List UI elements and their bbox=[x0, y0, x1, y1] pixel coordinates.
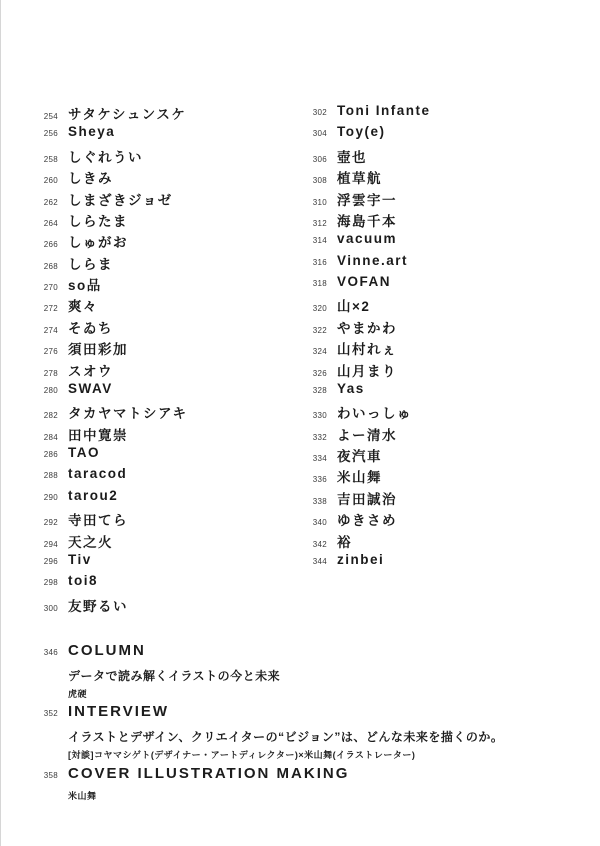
entry-artist-name: 植草航 bbox=[337, 167, 382, 187]
entry-artist-name: タカヤマトシアキ bbox=[68, 402, 187, 422]
entry-artist-name: ゆきさめ bbox=[337, 509, 397, 529]
entry-page-number: 280 bbox=[40, 386, 58, 395]
toc-entry: 326 山月まり bbox=[309, 360, 431, 381]
section-credit: 米山舞 bbox=[68, 790, 349, 803]
toc-right-column: 302 Toni Infante 304 Toy(e) 306 壺也 308 植… bbox=[309, 103, 431, 573]
toc-entry: 316 Vinne.art bbox=[309, 253, 431, 274]
toc-entry: 292 寺田てら bbox=[40, 509, 187, 530]
entry-artist-name: しきみ bbox=[68, 167, 113, 187]
entry-artist-name: よー清水 bbox=[337, 424, 397, 444]
toc-entry: 330 わいっしゅ bbox=[309, 402, 431, 423]
entry-page-number: 292 bbox=[40, 518, 58, 527]
toc-left-column: 254 サタケシュンスケ 256 Sheya 258 しぐれうい 260 しきみ… bbox=[40, 103, 187, 616]
toc-entry: 304 Toy(e) bbox=[309, 124, 431, 145]
entry-artist-name: 裕 bbox=[337, 531, 352, 551]
entry-artist-name: 浮雲宇一 bbox=[337, 189, 397, 209]
entry-page-number: 290 bbox=[40, 493, 58, 502]
entry-artist-name: taracod bbox=[68, 466, 127, 481]
toc-entry: 322 やまかわ bbox=[309, 317, 431, 338]
entry-artist-name: わいっしゅ bbox=[337, 402, 412, 422]
toc-entry: 278 スオウ bbox=[40, 360, 187, 381]
entry-artist-name: tarou2 bbox=[68, 488, 118, 503]
entry-artist-name: toi8 bbox=[68, 573, 98, 588]
entry-artist-name: 壺也 bbox=[337, 146, 367, 166]
section-credit: 虎硬 bbox=[68, 688, 280, 701]
toc-entry: 296 Tiv bbox=[40, 552, 187, 573]
entry-page-number: 334 bbox=[309, 454, 327, 463]
entry-page-number: 268 bbox=[40, 262, 58, 271]
toc-entry: 282 タカヤマトシアキ bbox=[40, 402, 187, 423]
entry-page-number: 254 bbox=[40, 112, 58, 121]
entry-page-number: 326 bbox=[309, 369, 327, 378]
toc-entry: 340 ゆきさめ bbox=[309, 509, 431, 530]
toc-entry: 256 Sheya bbox=[40, 124, 187, 145]
toc-entry: 272 爽々 bbox=[40, 295, 187, 316]
entry-page-number: 296 bbox=[40, 557, 58, 566]
toc-entry: 332 よー清水 bbox=[309, 424, 431, 445]
entry-page-number: 300 bbox=[40, 604, 58, 613]
entry-page-number: 258 bbox=[40, 155, 58, 164]
entry-artist-name: 吉田誠治 bbox=[337, 488, 397, 508]
entry-page-number: 288 bbox=[40, 471, 58, 480]
entry-page-number: 324 bbox=[309, 347, 327, 356]
entry-page-number: 342 bbox=[309, 540, 327, 549]
toc-entry: 306 壺也 bbox=[309, 146, 431, 167]
toc-entry: 280 SWAV bbox=[40, 381, 187, 402]
entry-page-number: 320 bbox=[309, 304, 327, 313]
entry-page-number: 330 bbox=[309, 411, 327, 420]
entry-artist-name: 米山舞 bbox=[337, 466, 382, 486]
toc-entry: 320 山×2 bbox=[309, 295, 431, 316]
entry-page-number: 344 bbox=[309, 557, 327, 566]
toc-entry: 344 zinbei bbox=[309, 552, 431, 573]
entry-page-number: 322 bbox=[309, 326, 327, 335]
entry-artist-name: スオウ bbox=[68, 360, 113, 380]
toc-entry: 264 しらたま bbox=[40, 210, 187, 231]
entry-page-number: 270 bbox=[40, 283, 58, 292]
entry-page-number: 328 bbox=[309, 386, 327, 395]
toc-entry: 298 toi8 bbox=[40, 573, 187, 594]
toc-entry: 284 田中寛崇 bbox=[40, 424, 187, 445]
entry-artist-name: SWAV bbox=[68, 381, 113, 396]
section-heading: INTERVIEW bbox=[68, 702, 169, 722]
toc-entry: 290 tarou2 bbox=[40, 488, 187, 509]
toc-entry: 262 しまざきジョゼ bbox=[40, 189, 187, 210]
toc-entry: 342 裕 bbox=[309, 531, 431, 552]
toc-entry: 286 TAO bbox=[40, 445, 187, 466]
entry-artist-name: しらたま bbox=[68, 210, 128, 230]
section-heading: COVER ILLUSTRATION MAKING bbox=[68, 764, 349, 784]
entry-page-number: 274 bbox=[40, 326, 58, 335]
section-page-number: 352 bbox=[40, 704, 58, 724]
entry-page-number: 302 bbox=[309, 108, 327, 117]
page-spine-edge bbox=[0, 0, 1, 846]
entry-page-number: 278 bbox=[40, 369, 58, 378]
section-heading: COLUMN bbox=[68, 641, 146, 661]
entry-page-number: 304 bbox=[309, 129, 327, 138]
entry-page-number: 312 bbox=[309, 219, 327, 228]
entry-artist-name: so品 bbox=[68, 274, 102, 294]
entry-page-number: 338 bbox=[309, 497, 327, 506]
toc-entry: 308 植草航 bbox=[309, 167, 431, 188]
entry-artist-name: Toni Infante bbox=[337, 103, 431, 118]
toc-entry: 336 米山舞 bbox=[309, 466, 431, 487]
toc-entry: 266 しゅがお bbox=[40, 231, 187, 252]
section-head: 358 COVER ILLUSTRATION MAKING bbox=[40, 764, 349, 786]
toc-entry: 338 吉田誠治 bbox=[309, 488, 431, 509]
entry-artist-name: TAO bbox=[68, 445, 100, 460]
entry-page-number: 294 bbox=[40, 540, 58, 549]
entry-artist-name: しゅがお bbox=[68, 231, 128, 251]
section-page-number: 358 bbox=[40, 766, 58, 786]
entry-artist-name: 天之火 bbox=[68, 531, 113, 551]
section-page-number: 346 bbox=[40, 643, 58, 663]
toc-section: 352 INTERVIEW イラストとデザイン、クリエイターの“ビジョン”は、ど… bbox=[40, 702, 503, 762]
toc-entry: 310 浮雲宇一 bbox=[309, 189, 431, 210]
entry-artist-name: Yas bbox=[337, 381, 365, 396]
entry-page-number: 308 bbox=[309, 176, 327, 185]
toc-entry: 324 山村れぇ bbox=[309, 338, 431, 359]
entry-artist-name: zinbei bbox=[337, 552, 384, 567]
toc-entry: 276 須田彩加 bbox=[40, 338, 187, 359]
entry-artist-name: vacuum bbox=[337, 231, 397, 246]
entry-artist-name: 友野るい bbox=[68, 595, 128, 615]
toc-entry: 260 しきみ bbox=[40, 167, 187, 188]
section-subtitle: データで読み解くイラストの今と未来 bbox=[68, 668, 280, 684]
entry-page-number: 286 bbox=[40, 450, 58, 459]
toc-entry: 254 サタケシュンスケ bbox=[40, 103, 187, 124]
entry-page-number: 340 bbox=[309, 518, 327, 527]
entry-page-number: 264 bbox=[40, 219, 58, 228]
entry-artist-name: Sheya bbox=[68, 124, 115, 139]
toc-entry: 314 vacuum bbox=[309, 231, 431, 252]
section-head: 346 COLUMN bbox=[40, 641, 280, 663]
entry-page-number: 256 bbox=[40, 129, 58, 138]
toc-entry: 288 taracod bbox=[40, 466, 187, 487]
toc-entry: 294 天之火 bbox=[40, 531, 187, 552]
entry-artist-name: 爽々 bbox=[68, 295, 98, 315]
entry-page-number: 276 bbox=[40, 347, 58, 356]
entry-artist-name: やまかわ bbox=[337, 317, 397, 337]
entry-artist-name: Toy(e) bbox=[337, 124, 386, 139]
toc-entry: 334 夜汽車 bbox=[309, 445, 431, 466]
entry-artist-name: しまざきジョゼ bbox=[68, 189, 173, 209]
section-head: 352 INTERVIEW bbox=[40, 702, 503, 724]
entry-page-number: 316 bbox=[309, 258, 327, 267]
entry-artist-name: 山村れぇ bbox=[337, 338, 397, 358]
toc-entry: 268 しらま bbox=[40, 253, 187, 274]
entry-artist-name: 山×2 bbox=[337, 295, 370, 315]
entry-page-number: 266 bbox=[40, 240, 58, 249]
toc-entry: 274 そゐち bbox=[40, 317, 187, 338]
toc-entry: 328 Yas bbox=[309, 381, 431, 402]
section-credit: [対談]コヤマシゲト(デザイナー・アートディレクター)×米山舞(イラストレーター… bbox=[68, 749, 503, 762]
toc-section: 358 COVER ILLUSTRATION MAKING 米山舞 bbox=[40, 764, 349, 803]
toc-entry: 302 Toni Infante bbox=[309, 103, 431, 124]
entry-artist-name: VOFAN bbox=[337, 274, 391, 289]
entry-page-number: 332 bbox=[309, 433, 327, 442]
entry-artist-name: Vinne.art bbox=[337, 253, 408, 268]
entry-page-number: 336 bbox=[309, 475, 327, 484]
entry-artist-name: 夜汽車 bbox=[337, 445, 382, 465]
entry-artist-name: 海島千本 bbox=[337, 210, 397, 230]
toc-entry: 258 しぐれうい bbox=[40, 146, 187, 167]
entry-artist-name: しぐれうい bbox=[68, 146, 143, 166]
entry-page-number: 318 bbox=[309, 279, 327, 288]
entry-artist-name: 山月まり bbox=[337, 360, 397, 380]
entry-page-number: 298 bbox=[40, 578, 58, 587]
toc-entry: 300 友野るい bbox=[40, 595, 187, 616]
entry-page-number: 314 bbox=[309, 236, 327, 245]
toc-entry: 270 so品 bbox=[40, 274, 187, 295]
entry-page-number: 306 bbox=[309, 155, 327, 164]
entry-page-number: 310 bbox=[309, 198, 327, 207]
toc-entry: 318 VOFAN bbox=[309, 274, 431, 295]
toc-section: 346 COLUMN データで読み解くイラストの今と未来 虎硬 bbox=[40, 641, 280, 701]
toc-entry: 312 海島千本 bbox=[309, 210, 431, 231]
entry-page-number: 282 bbox=[40, 411, 58, 420]
entry-artist-name: 寺田てら bbox=[68, 509, 128, 529]
entry-page-number: 260 bbox=[40, 176, 58, 185]
entry-page-number: 272 bbox=[40, 304, 58, 313]
entry-artist-name: しらま bbox=[68, 253, 113, 273]
entry-artist-name: 田中寛崇 bbox=[68, 424, 128, 444]
entry-artist-name: 須田彩加 bbox=[68, 338, 128, 358]
entry-artist-name: Tiv bbox=[68, 552, 92, 567]
entry-artist-name: そゐち bbox=[68, 317, 113, 337]
entry-artist-name: サタケシュンスケ bbox=[68, 103, 186, 123]
entry-page-number: 284 bbox=[40, 433, 58, 442]
entry-page-number: 262 bbox=[40, 198, 58, 207]
section-subtitle: イラストとデザイン、クリエイターの“ビジョン”は、どんな未来を描くのか。 bbox=[68, 729, 503, 745]
